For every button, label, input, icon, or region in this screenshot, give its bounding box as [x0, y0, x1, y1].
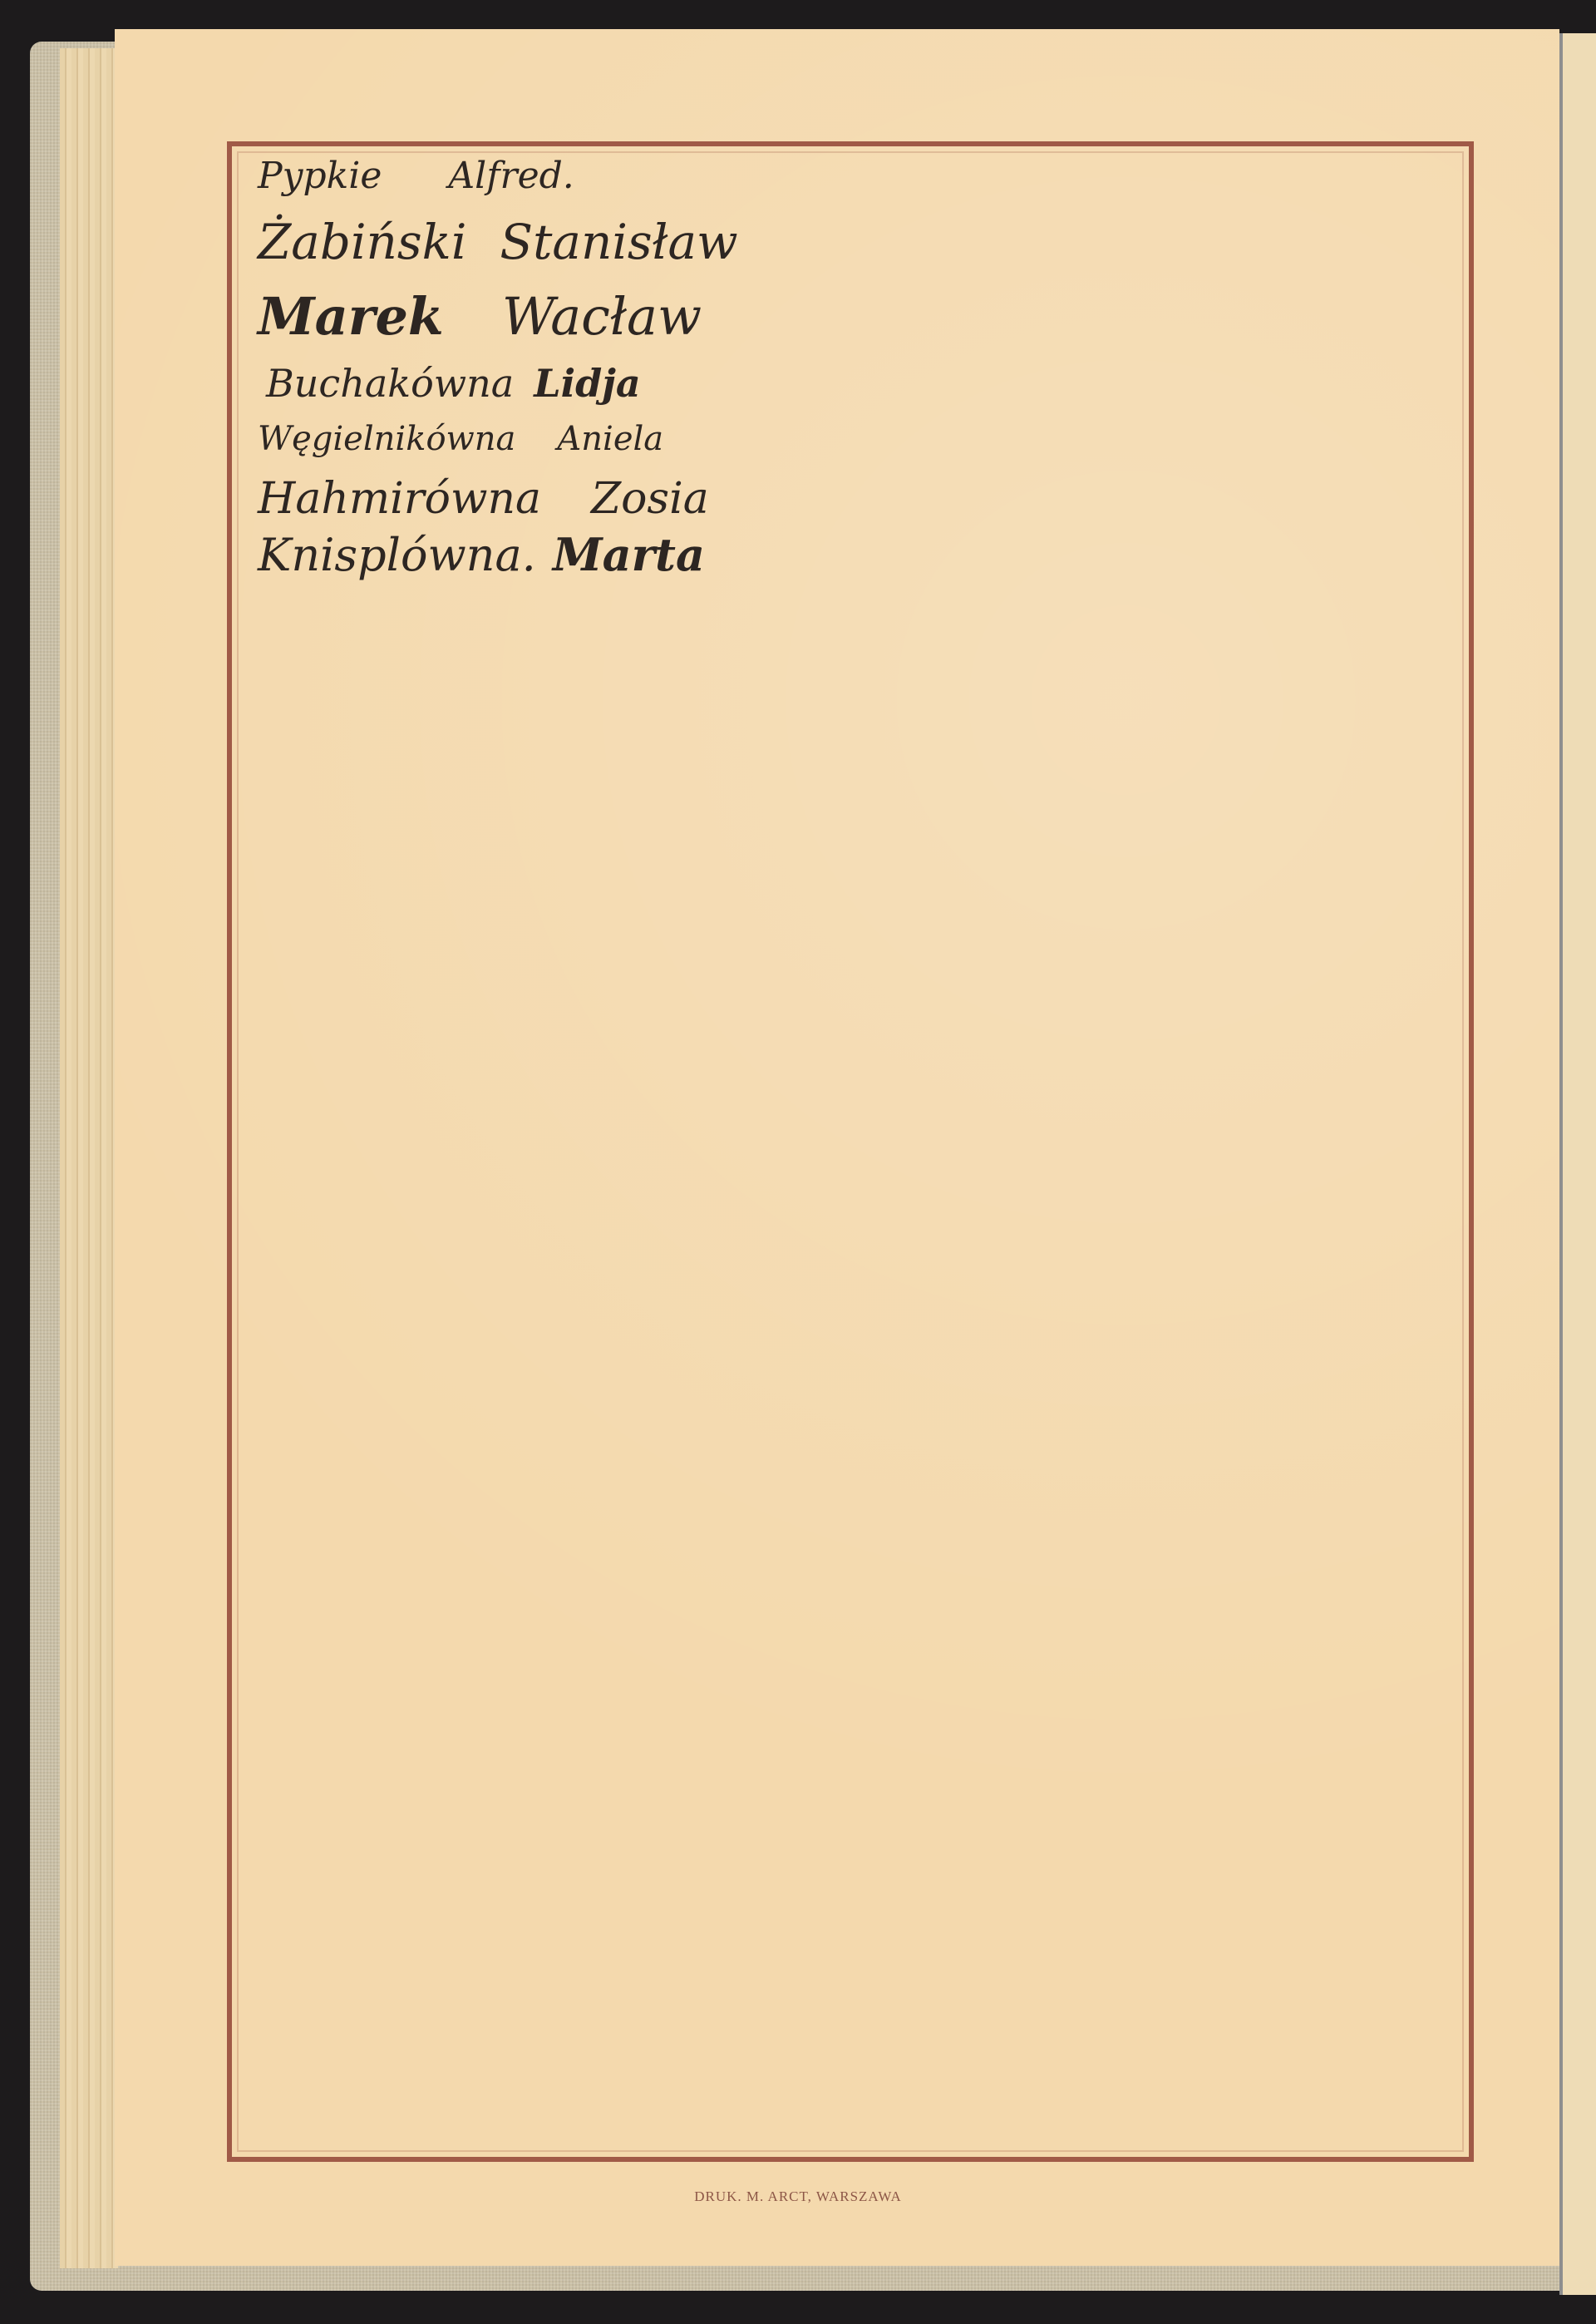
surname: Marek — [258, 291, 444, 343]
given-name: Stanisław — [500, 218, 737, 266]
page-edges — [60, 48, 118, 2268]
name-entry: ŻabińskiStanisław — [258, 218, 738, 266]
given-name: Wacław — [502, 291, 702, 343]
surname: Pypkie — [258, 158, 382, 195]
facing-page-edge — [1559, 33, 1596, 2295]
given-name: Zosia — [591, 477, 709, 521]
given-name: Alfred. — [448, 158, 574, 195]
surname: Knisplówna. — [258, 533, 536, 578]
printer-imprint: DRUK. M. ARCT, WARSZAWA — [0, 2188, 1596, 2205]
name-entry: HahmirównaZosia — [258, 477, 709, 521]
given-name: Lidja — [534, 364, 640, 402]
given-name: Aniela — [557, 422, 663, 456]
surname: Żabiński — [258, 218, 466, 266]
name-entry: WęgielnikównaAniela — [258, 422, 663, 456]
surname: Buchakówna — [266, 364, 514, 402]
name-entry: PypkieAlfred. — [258, 158, 574, 195]
name-entry: Knisplówna.Marta — [258, 532, 705, 578]
surname: Węgielnikówna — [258, 422, 515, 456]
given-name: Marta — [553, 532, 705, 577]
name-entry: MarekWacław — [258, 291, 702, 343]
name-entry: BuchakównaLidja — [266, 364, 641, 402]
surname: Hahmirówna — [258, 477, 541, 521]
